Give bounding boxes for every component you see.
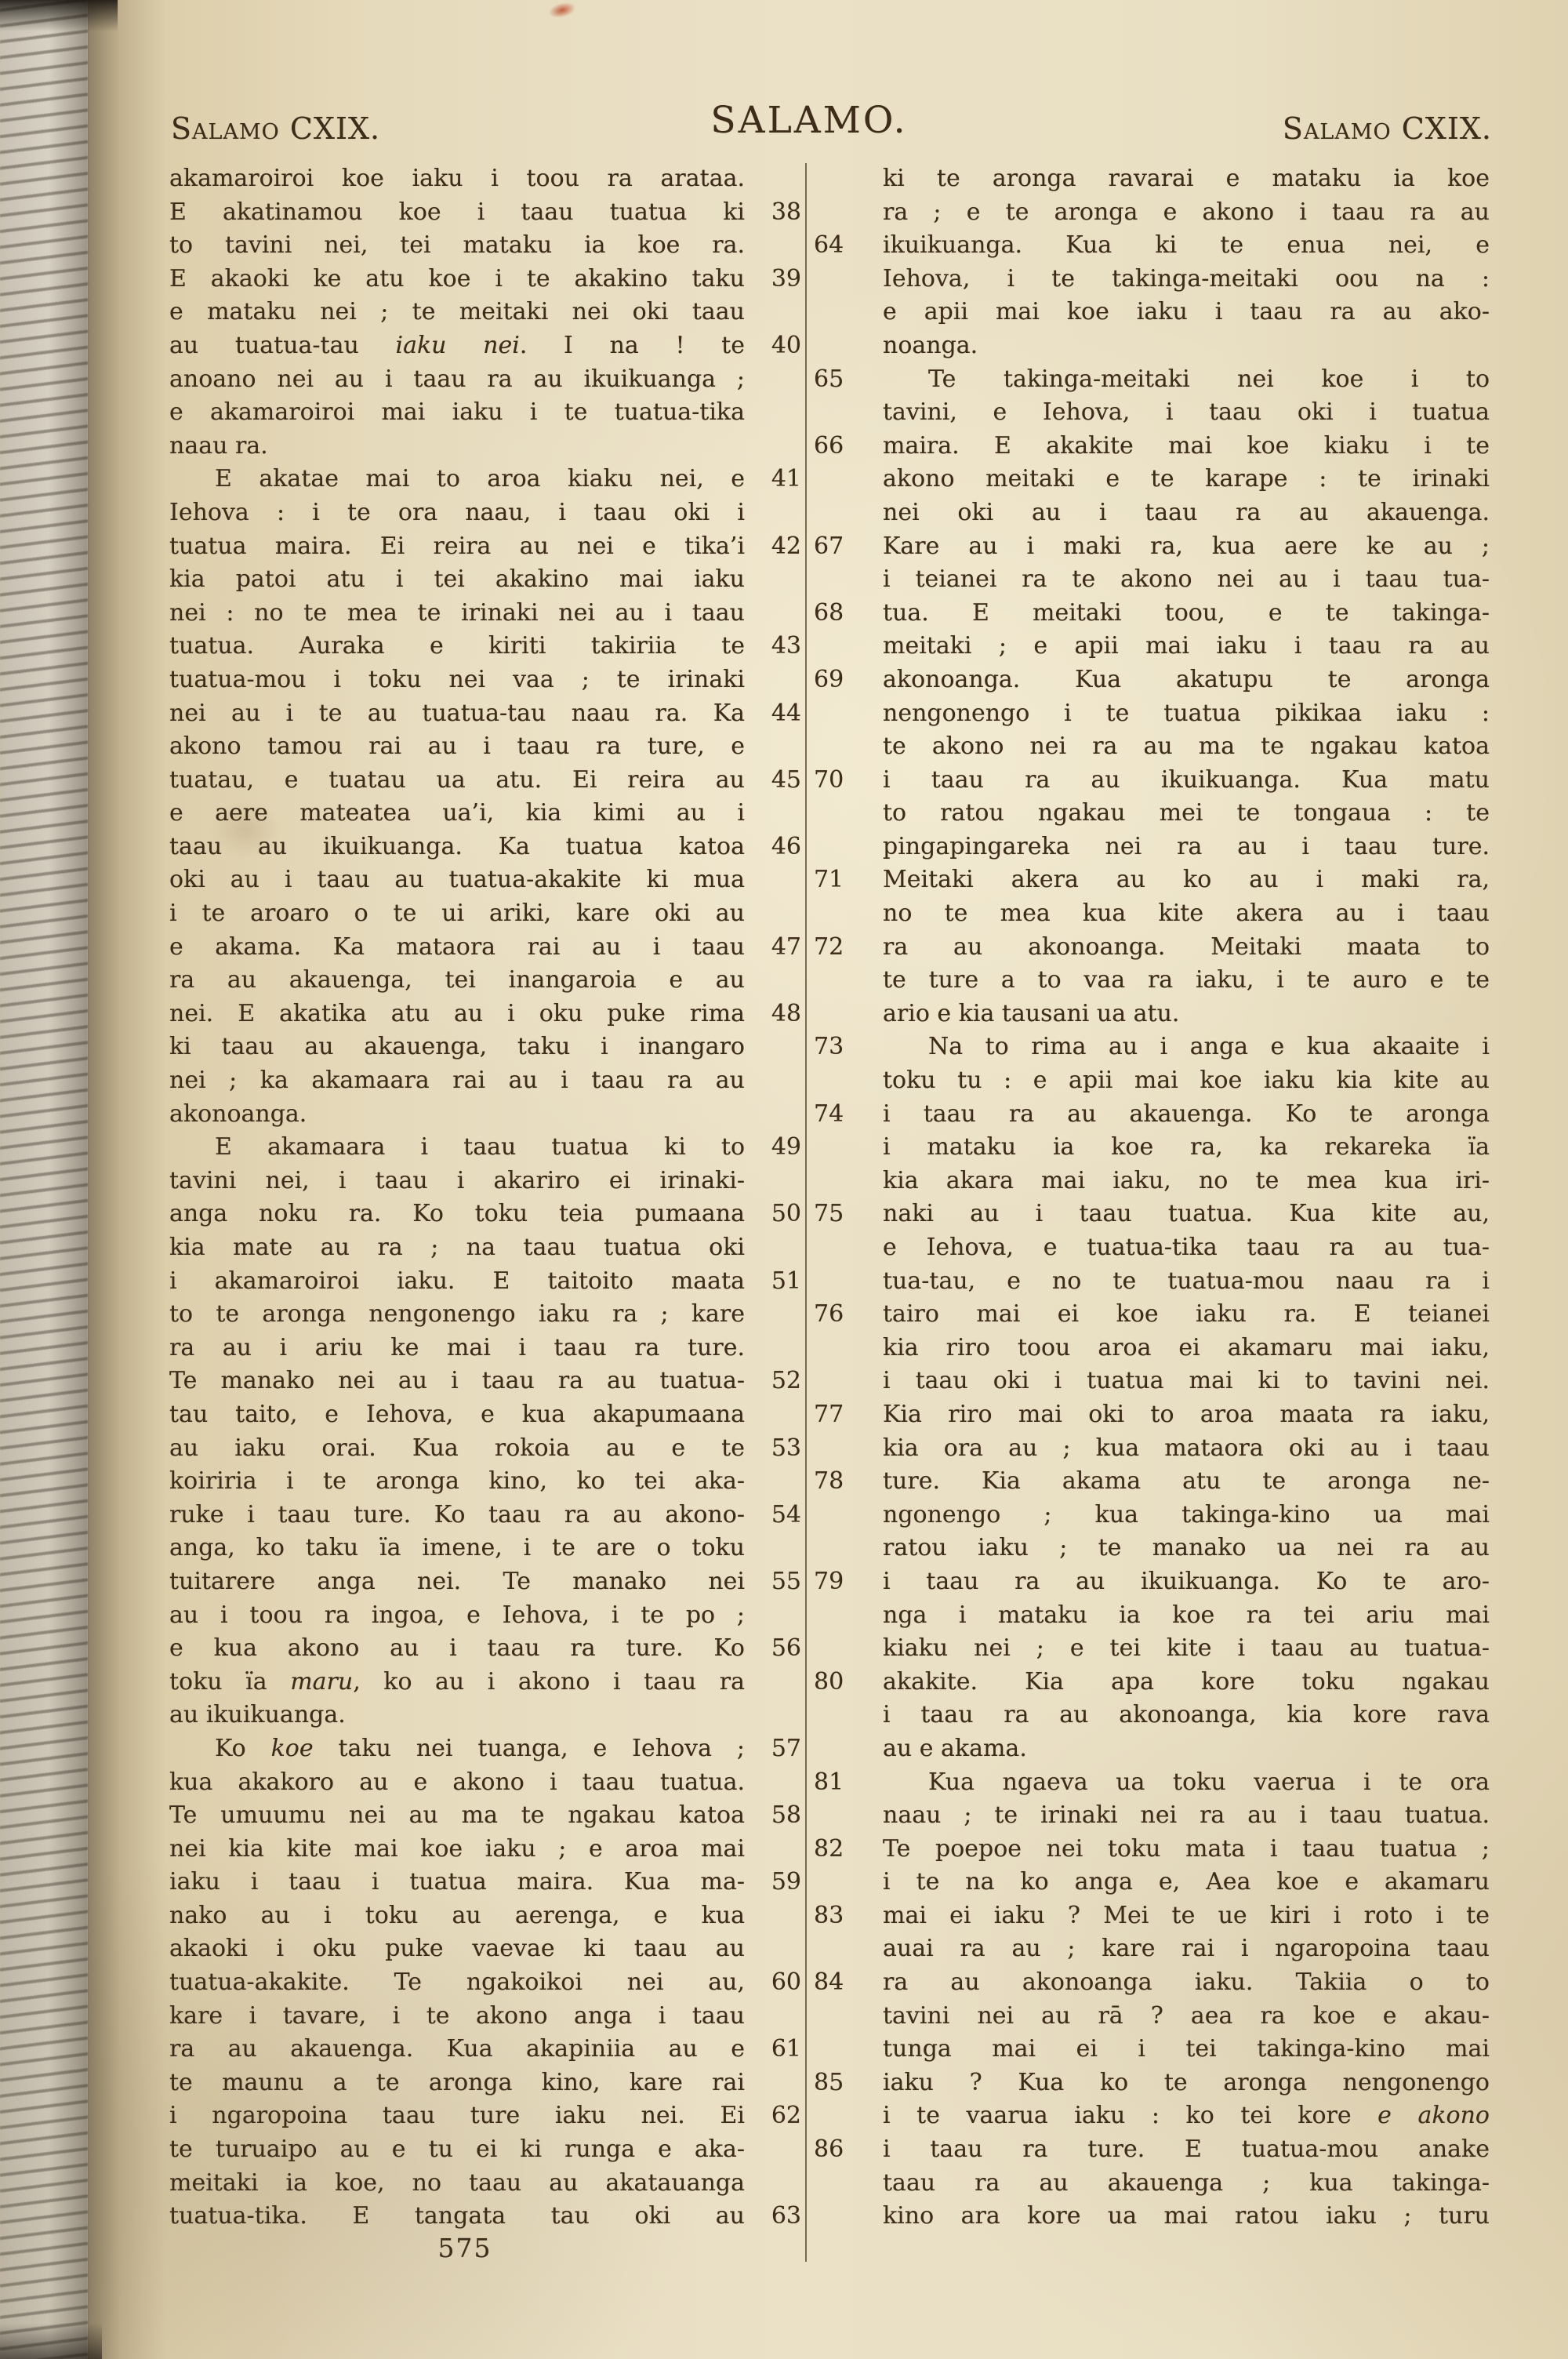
text-line: kia mate au ra ; na taau tuatua oki bbox=[169, 1234, 745, 1267]
verse-text: ratou iaku ; te manako ua nei ra au bbox=[883, 1534, 1490, 1561]
verse-number: 48 bbox=[753, 1000, 801, 1027]
verse-text: Kua ngaeva ua toku vaerua i te ora bbox=[883, 1768, 1490, 1796]
text-line: kiaku nei ; e tei kite i taau au tuatua- bbox=[883, 1634, 1490, 1668]
verse-text: au i toou ra ingoa, e Iehova, i te po ; bbox=[169, 1601, 745, 1629]
text-line: i taau ra au ikuikuanga. Ko te aro-79 bbox=[883, 1568, 1490, 1601]
text-line: te maunu a te aronga kino, kare rai bbox=[169, 2069, 745, 2103]
verse-number: 86 bbox=[814, 2135, 869, 2163]
text-line: i mataku ia koe ra, ka rekareka ïa bbox=[883, 1133, 1490, 1167]
verse-text: te maunu a te aronga kino, kare rai bbox=[169, 2069, 745, 2096]
verse-number: 85 bbox=[814, 2069, 869, 2096]
text-line: anga, ko taku ïa imene, i te are o toku bbox=[169, 1534, 745, 1568]
ink-smudge bbox=[547, 0, 576, 20]
text-line: au i toou ra ingoa, e Iehova, i te po ; bbox=[169, 1601, 745, 1635]
text-line: i taau ra au akonoanga, kia kore rava bbox=[883, 1701, 1490, 1735]
verse-text: nako au i toku au aerenga, e kua bbox=[169, 1902, 745, 1929]
verse-text: te turuaipo au e tu ei ki runga e aka- bbox=[169, 2135, 745, 2163]
verse-number: 57 bbox=[753, 1735, 801, 1762]
verse-number: 47 bbox=[753, 933, 801, 961]
text-line: i taau ra au ikuikuanga. Kua matu70 bbox=[883, 766, 1490, 800]
text-line: e akama. Ka mataora rai au i taau47 bbox=[169, 933, 745, 967]
text-line: e akamaroiroi mai iaku i te tuatua-tika bbox=[169, 398, 745, 432]
text-line: taau au ikuikuanga. Ka tuatua katoa46 bbox=[169, 833, 745, 867]
verse-number: 58 bbox=[753, 1801, 801, 1829]
verse-text: e akamaroiroi mai iaku i te tuatua-tika bbox=[169, 398, 745, 426]
verse-text: i te na ko anga e, Aea koe e akamaru bbox=[883, 1868, 1490, 1896]
verse-text: akono tamou rai au i taau ra ture, e bbox=[169, 732, 745, 760]
text-line: pingapingareka nei ra au i taau ture. bbox=[883, 833, 1490, 867]
verse-text: Kia riro mai oki to aroa maata ra iaku, bbox=[883, 1401, 1490, 1428]
verse-text: naki au i taau tuatua. Kua kite au, bbox=[883, 1200, 1490, 1227]
text-line: tuatua. Auraka e kiriti takiriia te43 bbox=[169, 632, 745, 666]
verse-number: 41 bbox=[753, 465, 801, 493]
text-line: no te mea kua kite akera au i taau bbox=[883, 900, 1490, 933]
text-line: akonoanga. bbox=[169, 1100, 745, 1134]
verse-text: Te umuumu nei au ma te ngakau katoa bbox=[169, 1801, 745, 1829]
verse-text: to ratou ngakau mei te tongaua : te bbox=[883, 799, 1490, 827]
verse-text: akaoki i oku puke vaevae ki taau au bbox=[169, 1935, 745, 1962]
verse-text: tairo mai ei koe iaku ra. E teianei bbox=[883, 1300, 1490, 1328]
text-line: i taau ra au akauenga. Ko te aronga74 bbox=[883, 1100, 1490, 1134]
book-page: Salamo CXIX. SALAMO. Salamo CXIX. akamar… bbox=[0, 0, 1568, 2359]
verse-number: 75 bbox=[814, 1200, 869, 1227]
verse-text: ra au akonoanga. Meitaki maata to bbox=[883, 933, 1490, 961]
text-line: i taau ra ture. E tuatua-mou anake86 bbox=[883, 2135, 1490, 2169]
verse-text: tua. E meitaki toou, e te takinga- bbox=[883, 599, 1490, 627]
text-line: akono tamou rai au i taau ra ture, e bbox=[169, 732, 745, 766]
verse-text: anga, ko taku ïa imene, i te are o toku bbox=[169, 1534, 745, 1561]
text-line: anga noku ra. Ko toku teia pumaana50 bbox=[169, 1200, 745, 1234]
text-line: to te aronga nengonengo iaku ra ; kare bbox=[169, 1300, 745, 1334]
verse-text: naau ; te irinaki nei ra au i taau tuatu… bbox=[883, 1801, 1490, 1829]
verse-number: 78 bbox=[814, 1467, 869, 1495]
verse-text: Meitaki akera au ko au i maki ra, bbox=[883, 866, 1490, 893]
text-line: ra ; e te aronga e akono i taau ra au bbox=[883, 198, 1490, 232]
text-line: tuatau, e tuatau ua atu. Ei reira au45 bbox=[169, 766, 745, 800]
verse-text: te akono nei ra au ma te ngakau katoa bbox=[883, 732, 1490, 760]
verse-number: 46 bbox=[753, 833, 801, 860]
verse-text: au ikuikuanga. bbox=[169, 1701, 745, 1728]
verse-text: i ngaropoina taau ture iaku nei. Ei bbox=[169, 2102, 745, 2129]
verse-number: 45 bbox=[753, 766, 801, 794]
text-line: tairo mai ei koe iaku ra. E teianei76 bbox=[883, 1300, 1490, 1334]
text-line: e Iehova, e tuatua-tika taau ra au tua- bbox=[883, 1234, 1490, 1267]
verse-text: ngonengo ; kua takinga-kino ua mai bbox=[883, 1501, 1490, 1528]
verse-text: ra au akauenga. Kua akapiniia au e bbox=[169, 2035, 745, 2063]
verse-text: kia patoi atu i tei akakino mai iaku bbox=[169, 565, 745, 593]
text-line: toku tu : e apii mai koe iaku kia kite a… bbox=[883, 1067, 1490, 1100]
verse-number: 71 bbox=[814, 866, 869, 893]
text-line: i akamaroiroi iaku. E taitoito maata51 bbox=[169, 1267, 745, 1301]
verse-text: e kua akono au i taau ra ture. Ko bbox=[169, 1634, 745, 1662]
verse-text: i taau ra au ikuikuanga. Ko te aro- bbox=[883, 1568, 1490, 1595]
verse-text: Te poepoe nei toku mata i taau tuatua ; bbox=[883, 1835, 1490, 1863]
text-line: taau ra au akauenga ; kua takinga- bbox=[883, 2169, 1490, 2203]
text-line: akonoanga. Kua akatupu te aronga69 bbox=[883, 666, 1490, 700]
gutter-shadow bbox=[88, 0, 166, 2359]
verse-text: i taau ra au ikuikuanga. Kua matu bbox=[883, 766, 1490, 794]
text-line: E akamaara i taau tuatua ki to49 bbox=[169, 1133, 745, 1167]
text-line: e aere mateatea ua’i, kia kimi au i bbox=[169, 799, 745, 833]
verse-text: to te aronga nengonengo iaku ra ; kare bbox=[169, 1300, 745, 1328]
text-line: nengonengo i te tuatua pikikaa iaku : bbox=[883, 700, 1490, 733]
verse-text: ra au akauenga, tei inangaroia e au bbox=[169, 966, 745, 994]
verse-number: 49 bbox=[753, 1133, 801, 1161]
text-line: nei : no te mea te irinaki nei au i taau bbox=[169, 599, 745, 633]
text-line: i te vaarua iaku : ko tei kore e akono bbox=[883, 2102, 1490, 2135]
verse-text: tau taito, e Iehova, e kua akapumaana bbox=[169, 1401, 745, 1428]
text-line: iaku i taau i tuatua maira. Kua ma-59 bbox=[169, 1868, 745, 1902]
text-line: kia patoi atu i tei akakino mai iaku bbox=[169, 565, 745, 599]
text-line: e mataku nei ; te meitaki nei oki taau bbox=[169, 298, 745, 332]
verse-text: Na to rima au i anga e kua akaaite i bbox=[883, 1033, 1490, 1060]
text-line: Iehova : i te ora naau, i taau oki i bbox=[169, 499, 745, 533]
verse-number: 43 bbox=[753, 632, 801, 660]
verse-text: i teianei ra te akono nei au i taau tua- bbox=[883, 565, 1490, 593]
text-line: Ko koe taku nei tuanga, e Iehova ;57 bbox=[169, 1735, 745, 1768]
verse-text: i taau ra au akonoanga, kia kore rava bbox=[883, 1701, 1490, 1728]
text-line: Te poepoe nei toku mata i taau tuatua ;8… bbox=[883, 1835, 1490, 1869]
verse-text: kia ora au ; kua mataora oki au i taau bbox=[883, 1434, 1490, 1462]
verse-text: kia akara mai iaku, no te mea kua iri- bbox=[883, 1167, 1490, 1194]
verse-number: 60 bbox=[753, 1968, 801, 1996]
text-line: maira. E akakite mai koe kiaku i te66 bbox=[883, 432, 1490, 466]
previous-page-edge bbox=[0, 0, 88, 2359]
text-line: kino ara kore ua mai ratou iaku ; turu bbox=[883, 2202, 1490, 2236]
text-line: toku ïa maru, ko au i akono i taau ra bbox=[169, 1668, 745, 1702]
verse-text: nengonengo i te tuatua pikikaa iaku : bbox=[883, 700, 1490, 727]
verse-text: maira. E akakite mai koe kiaku i te bbox=[883, 432, 1490, 460]
text-line: nei au i te au tuatua-tau naau ra. Ka44 bbox=[169, 700, 745, 733]
text-line: te turuaipo au e tu ei ki runga e aka- bbox=[169, 2135, 745, 2169]
verse-number: 73 bbox=[814, 1033, 869, 1060]
text-line: ruke i taau ture. Ko taau ra au akono-54 bbox=[169, 1501, 745, 1535]
text-line: mai ei iaku ? Mei te ue kiri i roto i te… bbox=[883, 1902, 1490, 1936]
text-line: i te na ko anga e, Aea koe e akamaru bbox=[883, 1868, 1490, 1902]
text-line: meitaki ; e apii mai iaku i taau ra au bbox=[883, 632, 1490, 666]
verse-number: 56 bbox=[753, 1634, 801, 1662]
text-line: tuitarere anga nei. Te manako nei55 bbox=[169, 1568, 745, 1601]
verse-text: tavini, e Iehova, i taau oki i tuatua bbox=[883, 398, 1490, 426]
text-line: tuatua-akakite. Te ngakoikoi nei au,60 bbox=[169, 1968, 745, 2002]
text-line: noanga. bbox=[883, 332, 1490, 365]
verse-text: tuatua-mou i toku nei vaa ; te irinaki bbox=[169, 666, 745, 693]
text-line: i teianei ra te akono nei au i taau tua- bbox=[883, 565, 1490, 599]
verse-text: E akatae mai to aroa kiaku nei, e bbox=[169, 465, 745, 493]
text-line: Kia riro mai oki to aroa maata ra iaku,7… bbox=[883, 1401, 1490, 1434]
verse-text: e akama. Ka mataora rai au i taau bbox=[169, 933, 745, 961]
verse-text: e mataku nei ; te meitaki nei oki taau bbox=[169, 298, 745, 325]
verse-text: no te mea kua kite akera au i taau bbox=[883, 900, 1490, 927]
verse-text: anga noku ra. Ko toku teia pumaana bbox=[169, 1200, 745, 1227]
text-line: au iaku orai. Kua rokoia au e te53 bbox=[169, 1434, 745, 1468]
text-line: nei oki au i taau ra au akauenga. bbox=[883, 499, 1490, 533]
text-line: i ngaropoina taau ture iaku nei. Ei62 bbox=[169, 2102, 745, 2135]
text-line: te ture a to vaa ra iaku, i te auro e te bbox=[883, 966, 1490, 1000]
text-line: tunga mai ei i tei takinga-kino mai bbox=[883, 2035, 1490, 2069]
verse-text: ki taau au akauenga, taku i inangaro bbox=[169, 1033, 745, 1060]
verse-number: 70 bbox=[814, 766, 869, 794]
text-line: tuatua maira. Ei reira au nei e tika’i42 bbox=[169, 533, 745, 566]
text-line: ario e kia tausani ua atu. bbox=[883, 1000, 1490, 1034]
text-line: Te umuumu nei au ma te ngakau katoa58 bbox=[169, 1801, 745, 1835]
text-line: i te aroaro o te ui ariki, kare oki au bbox=[169, 900, 745, 933]
verse-text: E akaoki ke atu koe i te akakino taku bbox=[169, 265, 745, 293]
text-line: tavini nei au rā ? aea ra koe e akau- bbox=[883, 2002, 1490, 2036]
text-line: ra au akonoanga iaku. Takiia o to84 bbox=[883, 1968, 1490, 2002]
verse-text: kiaku nei ; e tei kite i taau au tuatua- bbox=[883, 1634, 1490, 1662]
verse-text: i akamaroiroi iaku. E taitoito maata bbox=[169, 1267, 745, 1295]
text-column-right: ki te aronga ravarai e mataku ia koera ;… bbox=[883, 165, 1490, 2236]
text-line: te akono nei ra au ma te ngakau katoa bbox=[883, 732, 1490, 766]
verse-text: auai ra au ; kare rai i ngaropoina taau bbox=[883, 1935, 1490, 1962]
text-line: akakite. Kia apa kore toku ngakau80 bbox=[883, 1668, 1490, 1702]
text-line: kua akakoro au e akono i taau tuatua. bbox=[169, 1768, 745, 1802]
verse-text: naau ra. bbox=[169, 432, 745, 460]
running-header-center: SALAMO. bbox=[710, 99, 907, 142]
verse-text: e apii mai koe iaku i taau ra au ako- bbox=[883, 298, 1490, 325]
text-line: Kua ngaeva ua toku vaerua i te ora81 bbox=[883, 1768, 1490, 1802]
text-line: akaoki i oku puke vaevae ki taau au bbox=[169, 1935, 745, 1968]
verse-text: nei. E akatika atu au i oku puke rima bbox=[169, 1000, 745, 1027]
binding-shadow-top bbox=[0, 0, 118, 31]
verse-text: tuatau, e tuatau ua atu. Ei reira au bbox=[169, 766, 745, 794]
verse-text: tuatua. Auraka e kiriti takiriia te bbox=[169, 632, 745, 660]
text-line: i taau oki i tuatua mai ki to tavini nei… bbox=[883, 1367, 1490, 1401]
text-line: naau ra. bbox=[169, 432, 745, 466]
verse-text: Te takinga-meitaki nei koe i to bbox=[883, 365, 1490, 393]
verse-text: ra ; e te aronga e akono i taau ra au bbox=[883, 198, 1490, 226]
verse-text: oki au i taau au tuatua-akakite ki mua bbox=[169, 866, 745, 893]
verse-text: akono meitaki e te karape : te irinaki bbox=[883, 465, 1490, 493]
verse-text: mai ei iaku ? Mei te ue kiri i roto i te bbox=[883, 1902, 1490, 1929]
text-line: tuatua-tika. E tangata tau oki au63 bbox=[169, 2202, 745, 2236]
verse-number: 80 bbox=[814, 1668, 869, 1696]
verse-text: taau au ikuikuanga. Ka tuatua katoa bbox=[169, 833, 745, 860]
text-line: to tavini nei, tei mataku ia koe ra. bbox=[169, 231, 745, 265]
text-line: tuatua-mou i toku nei vaa ; te irinaki bbox=[169, 666, 745, 700]
verse-text: tavini nei au rā ? aea ra koe e akau- bbox=[883, 2002, 1490, 2030]
text-line: au tuatua-tau iaku nei. I na ! te40 bbox=[169, 332, 745, 365]
text-line: tua-tau, e no te tuatua-mou naau ra i bbox=[883, 1267, 1490, 1301]
verse-text: E akamaara i taau tuatua ki to bbox=[169, 1133, 745, 1161]
verse-number: 77 bbox=[814, 1401, 869, 1428]
verse-text: ki te aronga ravarai e mataku ia koe bbox=[883, 165, 1490, 192]
verse-text: taau ra au akauenga ; kua takinga- bbox=[883, 2169, 1490, 2197]
text-line: E akatinamou koe i taau tuatua ki38 bbox=[169, 198, 745, 232]
verse-text: nei ; ka akamaara rai au i taau ra au bbox=[169, 1067, 745, 1094]
text-line: e apii mai koe iaku i taau ra au ako- bbox=[883, 298, 1490, 332]
verse-number: 72 bbox=[814, 933, 869, 961]
text-line: Iehova, i te takinga-meitaki oou na : bbox=[883, 265, 1490, 299]
running-header-left: Salamo CXIX. bbox=[171, 111, 380, 146]
text-line: tua. E meitaki toou, e te takinga-68 bbox=[883, 599, 1490, 633]
verse-text: kino ara kore ua mai ratou iaku ; turu bbox=[883, 2202, 1490, 2230]
text-line: akamaroiroi koe iaku i toou ra arataa. bbox=[169, 165, 745, 198]
text-line: Na to rima au i anga e kua akaaite i73 bbox=[883, 1033, 1490, 1067]
text-line: ratou iaku ; te manako ua nei ra au bbox=[883, 1534, 1490, 1568]
text-line: meitaki ia koe, no taau au akatauanga bbox=[169, 2169, 745, 2203]
verse-text: kare i tavare, i te akono anga i taau bbox=[169, 2002, 745, 2030]
text-line: akono meitaki e te karape : te irinaki bbox=[883, 465, 1490, 499]
verse-number: 63 bbox=[753, 2202, 801, 2230]
verse-text: ture. Kia akama atu te aronga ne- bbox=[883, 1467, 1490, 1495]
verse-number: 39 bbox=[753, 265, 801, 293]
verse-text: Iehova : i te ora naau, i taau oki i bbox=[169, 499, 745, 526]
verse-text: iaku i taau i tuatua maira. Kua ma- bbox=[169, 1868, 745, 1896]
verse-text: ruke i taau ture. Ko taau ra au akono- bbox=[169, 1501, 745, 1528]
verse-number: 66 bbox=[814, 432, 869, 460]
verse-number: 68 bbox=[814, 599, 869, 627]
verse-text: i taau ra ture. E tuatua-mou anake bbox=[883, 2135, 1490, 2163]
verse-text: kia mate au ra ; na taau tuatua oki bbox=[169, 1234, 745, 1261]
verse-number: 62 bbox=[753, 2102, 801, 2129]
verse-text: toku ïa maru, ko au i akono i taau ra bbox=[169, 1668, 745, 1696]
verse-text: i mataku ia koe ra, ka rekareka ïa bbox=[883, 1133, 1490, 1161]
text-line: e kua akono au i taau ra ture. Ko56 bbox=[169, 1634, 745, 1668]
verse-text: tavini nei, i taau i akariro ei irinaki- bbox=[169, 1167, 745, 1194]
verse-text: ikuikuanga. Kua ki te enua nei, e bbox=[883, 231, 1490, 259]
text-line: koiriria i te aronga kino, ko tei aka- bbox=[169, 1467, 745, 1501]
verse-text: tuatua-tika. E tangata tau oki au bbox=[169, 2202, 745, 2230]
verse-number: 53 bbox=[753, 1434, 801, 1462]
text-line: ra au akonoanga. Meitaki maata to72 bbox=[883, 933, 1490, 967]
verse-number: 69 bbox=[814, 666, 869, 693]
verse-text: tunga mai ei i tei takinga-kino mai bbox=[883, 2035, 1490, 2063]
verse-number: 79 bbox=[814, 1568, 869, 1595]
verse-number: 65 bbox=[814, 365, 869, 393]
text-line: ture. Kia akama atu te aronga ne-78 bbox=[883, 1467, 1490, 1501]
text-line: nako au i toku au aerenga, e kua bbox=[169, 1902, 745, 1936]
verse-number: 67 bbox=[814, 533, 869, 560]
text-line: nei kia kite mai koe iaku ; e aroa mai bbox=[169, 1835, 745, 1869]
verse-text: to tavini nei, tei mataku ia koe ra. bbox=[169, 231, 745, 259]
binding-shadow-bottom bbox=[0, 2323, 102, 2359]
verse-number: 44 bbox=[753, 700, 801, 727]
verse-text: i taau oki i tuatua mai ki to tavini nei… bbox=[883, 1367, 1490, 1394]
verse-text: i te vaarua iaku : ko tei kore e akono bbox=[883, 2102, 1490, 2129]
text-line: naau ; te irinaki nei ra au i taau tuatu… bbox=[883, 1801, 1490, 1835]
verse-text: Kare au i maki ra, kua aere ke au ; bbox=[883, 533, 1490, 560]
verse-text: tuatua-akakite. Te ngakoikoi nei au, bbox=[169, 1968, 745, 1996]
verse-text: akonoanga. bbox=[169, 1100, 745, 1128]
column-divider-rule bbox=[805, 163, 807, 2262]
verse-text: te ture a to vaa ra iaku, i te auro e te bbox=[883, 966, 1490, 994]
text-line: oki au i taau au tuatua-akakite ki mua bbox=[169, 866, 745, 900]
running-header-right: Salamo CXIX. bbox=[1283, 111, 1492, 146]
text-line: ra au akauenga. Kua akapiniia au e61 bbox=[169, 2035, 745, 2069]
text-line: E akaoki ke atu koe i te akakino taku39 bbox=[169, 265, 745, 299]
text-line: auai ra au ; kare rai i ngaropoina taau bbox=[883, 1935, 1490, 1968]
text-line: nga i mataku ia koe ra tei ariu mai bbox=[883, 1601, 1490, 1635]
text-line: nei. E akatika atu au i oku puke rima48 bbox=[169, 1000, 745, 1034]
verse-number: 59 bbox=[753, 1868, 801, 1896]
text-line: anoano nei au i taau ra au ikuikuanga ; bbox=[169, 365, 745, 399]
verse-text: au tuatua-tau iaku nei. I na ! te bbox=[169, 332, 745, 359]
verse-text: kia riro toou aroa ei akamaru mai iaku, bbox=[883, 1334, 1490, 1361]
text-line: Te takinga-meitaki nei koe i to65 bbox=[883, 365, 1490, 399]
text-line: kia riro toou aroa ei akamaru mai iaku, bbox=[883, 1334, 1490, 1368]
text-column-left: akamaroiroi koe iaku i toou ra arataa.E … bbox=[169, 165, 745, 2236]
text-line: nei ; ka akamaara rai au i taau ra au bbox=[169, 1067, 745, 1100]
verse-text: nei au i te au tuatua-tau naau ra. Ka bbox=[169, 700, 745, 727]
text-line: iaku ? Kua ko te aronga nengonengo85 bbox=[883, 2069, 1490, 2103]
verse-text: kua akakoro au e akono i taau tuatua. bbox=[169, 1768, 745, 1796]
verse-text: au e akama. bbox=[883, 1735, 1490, 1762]
verse-text: Iehova, i te takinga-meitaki oou na : bbox=[883, 265, 1490, 293]
text-line: ki taau au akauenga, taku i inangaro bbox=[169, 1033, 745, 1067]
text-line: au ikuikuanga. bbox=[169, 1701, 745, 1735]
text-line: E akatae mai to aroa kiaku nei, e41 bbox=[169, 465, 745, 499]
verse-number: 51 bbox=[753, 1267, 801, 1295]
verse-text: e aere mateatea ua’i, kia kimi au i bbox=[169, 799, 745, 827]
text-line: tavini nei, i taau i akariro ei irinaki- bbox=[169, 1167, 745, 1201]
verse-number: 55 bbox=[753, 1568, 801, 1595]
verse-number: 64 bbox=[814, 231, 869, 259]
verse-number: 38 bbox=[753, 198, 801, 226]
verse-text: meitaki ia koe, no taau au akatauanga bbox=[169, 2169, 745, 2197]
text-line: Te manako nei au i taau ra au tuatua-52 bbox=[169, 1367, 745, 1401]
verse-number: 42 bbox=[753, 533, 801, 560]
text-line: tau taito, e Iehova, e kua akapumaana bbox=[169, 1401, 745, 1434]
verse-number: 81 bbox=[814, 1768, 869, 1796]
verse-text: koiriria i te aronga kino, ko tei aka- bbox=[169, 1467, 745, 1495]
verse-text: tuitarere anga nei. Te manako nei bbox=[169, 1568, 745, 1595]
verse-number: 61 bbox=[753, 2035, 801, 2063]
verse-text: nei oki au i taau ra au akauenga. bbox=[883, 499, 1490, 526]
verse-number: 84 bbox=[814, 1968, 869, 1996]
text-line: ngonengo ; kua takinga-kino ua mai bbox=[883, 1501, 1490, 1535]
text-line: kia akara mai iaku, no te mea kua iri- bbox=[883, 1167, 1490, 1201]
verse-text: akamaroiroi koe iaku i toou ra arataa. bbox=[169, 165, 745, 192]
verse-number: 52 bbox=[753, 1367, 801, 1394]
text-line: to ratou ngakau mei te tongaua : te bbox=[883, 799, 1490, 833]
verse-text: akonoanga. Kua akatupu te aronga bbox=[883, 666, 1490, 693]
text-line: kare i tavare, i te akono anga i taau bbox=[169, 2002, 745, 2036]
verse-text: nga i mataku ia koe ra tei ariu mai bbox=[883, 1601, 1490, 1629]
verse-text: ario e kia tausani ua atu. bbox=[883, 1000, 1490, 1027]
text-line: Kare au i maki ra, kua aere ke au ;67 bbox=[883, 533, 1490, 566]
verse-text: iaku ? Kua ko te aronga nengonengo bbox=[883, 2069, 1490, 2096]
verse-text: au iaku orai. Kua rokoia au e te bbox=[169, 1434, 745, 1462]
verse-text: Te manako nei au i taau ra au tuatua- bbox=[169, 1367, 745, 1394]
verse-number: 40 bbox=[753, 332, 801, 359]
text-line: tavini, e Iehova, i taau oki i tuatua bbox=[883, 398, 1490, 432]
text-line: ikuikuanga. Kua ki te enua nei, e64 bbox=[883, 231, 1490, 265]
verse-text: meitaki ; e apii mai iaku i taau ra au bbox=[883, 632, 1490, 660]
text-line: ra au i ariu ke mai i taau ra ture. bbox=[169, 1334, 745, 1368]
verse-text: akakite. Kia apa kore toku ngakau bbox=[883, 1668, 1490, 1696]
verse-text: nei : no te mea te irinaki nei au i taau bbox=[169, 599, 745, 627]
verse-number: 50 bbox=[753, 1200, 801, 1227]
verse-number: 82 bbox=[814, 1835, 869, 1863]
verse-text: ra au akonoanga iaku. Takiia o to bbox=[883, 1968, 1490, 1996]
verse-number: 74 bbox=[814, 1100, 869, 1128]
verse-text: i taau ra au akauenga. Ko te aronga bbox=[883, 1100, 1490, 1128]
text-line: Meitaki akera au ko au i maki ra,71 bbox=[883, 866, 1490, 900]
verse-text: toku tu : e apii mai koe iaku kia kite a… bbox=[883, 1067, 1490, 1094]
verse-text: anoano nei au i taau ra au ikuikuanga ; bbox=[169, 365, 745, 393]
text-line: naki au i taau tuatua. Kua kite au,75 bbox=[883, 1200, 1490, 1234]
verse-text: pingapingareka nei ra au i taau ture. bbox=[883, 833, 1490, 860]
text-line: kia ora au ; kua mataora oki au i taau bbox=[883, 1434, 1490, 1468]
verse-text: tuatua maira. Ei reira au nei e tika’i bbox=[169, 533, 745, 560]
verse-text: nei kia kite mai koe iaku ; e aroa mai bbox=[169, 1835, 745, 1863]
page-number: 575 bbox=[422, 2233, 508, 2263]
verse-text: E akatinamou koe i taau tuatua ki bbox=[169, 198, 745, 226]
verse-text: i te aroaro o te ui ariki, kare oki au bbox=[169, 900, 745, 927]
text-line: ki te aronga ravarai e mataku ia koe bbox=[883, 165, 1490, 198]
